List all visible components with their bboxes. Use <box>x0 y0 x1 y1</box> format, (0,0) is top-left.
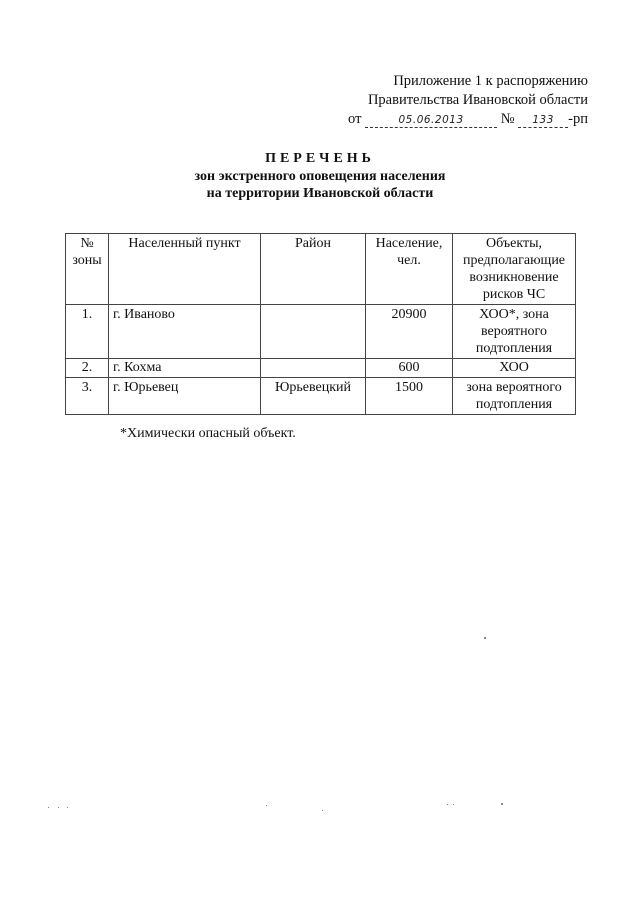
table-row: 3. г. Юрьевец Юрьевецкий 1500 зона вероя… <box>66 378 576 415</box>
number-suffix: -рп <box>568 111 588 127</box>
scan-speck <box>67 807 68 808</box>
scan-speck <box>322 810 323 811</box>
appendix-header: Приложение 1 к распоряжению Правительств… <box>328 72 588 129</box>
document-title: ПЕРЕЧЕНЬ зон экстренного оповещения насе… <box>0 150 640 202</box>
table-row: 2. г. Кохма 600 ХОО <box>66 359 576 378</box>
header-locality: Населенный пункт <box>109 234 261 305</box>
cell-locality: г. Юрьевец <box>109 378 261 415</box>
header-district: Район <box>261 234 366 305</box>
cell-district <box>261 359 366 378</box>
title-sub-1: зон экстренного оповещения населения <box>0 168 640 185</box>
number-label: № <box>501 111 515 127</box>
header-population: Население, чел. <box>366 234 453 305</box>
cell-district: Юрьевецкий <box>261 378 366 415</box>
footnote: *Химически опасный объект. <box>120 426 296 442</box>
table-row: 1. г. Иваново 20900 ХОО*, зона вероятног… <box>66 305 576 359</box>
appendix-line-3: от 05.06.2013 № 133-рп <box>328 110 588 129</box>
cell-population: 20900 <box>366 305 453 359</box>
header-objects: Объекты, предполагающие возникновение ри… <box>453 234 576 305</box>
zones-table: № зоны Населенный пункт Район Население,… <box>65 233 576 415</box>
scan-speck <box>501 803 503 805</box>
cell-objects: зона вероятного подтопления <box>453 378 576 415</box>
cell-zone: 2. <box>66 359 109 378</box>
scan-speck <box>48 807 49 808</box>
appendix-line-1: Приложение 1 к распоряжению <box>328 72 588 91</box>
scan-speck <box>484 637 486 639</box>
table-header-row: № зоны Населенный пункт Район Население,… <box>66 234 576 305</box>
header-zone: № зоны <box>66 234 109 305</box>
scan-speck <box>266 805 267 806</box>
from-label: от <box>348 111 361 127</box>
cell-objects: ХОО*, зона вероятного подтопления <box>453 305 576 359</box>
handwritten-date: 05.06.2013 <box>365 114 497 128</box>
cell-zone: 1. <box>66 305 109 359</box>
title-sub-2: на территории Ивановской области <box>0 185 640 202</box>
handwritten-number: 133 <box>518 114 568 128</box>
scan-speck <box>447 804 448 805</box>
cell-locality: г. Кохма <box>109 359 261 378</box>
cell-objects: ХОО <box>453 359 576 378</box>
cell-locality: г. Иваново <box>109 305 261 359</box>
scan-speck <box>453 804 454 805</box>
scan-speck <box>58 807 59 808</box>
title-main: ПЕРЕЧЕНЬ <box>0 150 640 168</box>
cell-population: 600 <box>366 359 453 378</box>
cell-zone: 3. <box>66 378 109 415</box>
appendix-line-2: Правительства Ивановской области <box>328 91 588 110</box>
cell-population: 1500 <box>366 378 453 415</box>
cell-district <box>261 305 366 359</box>
